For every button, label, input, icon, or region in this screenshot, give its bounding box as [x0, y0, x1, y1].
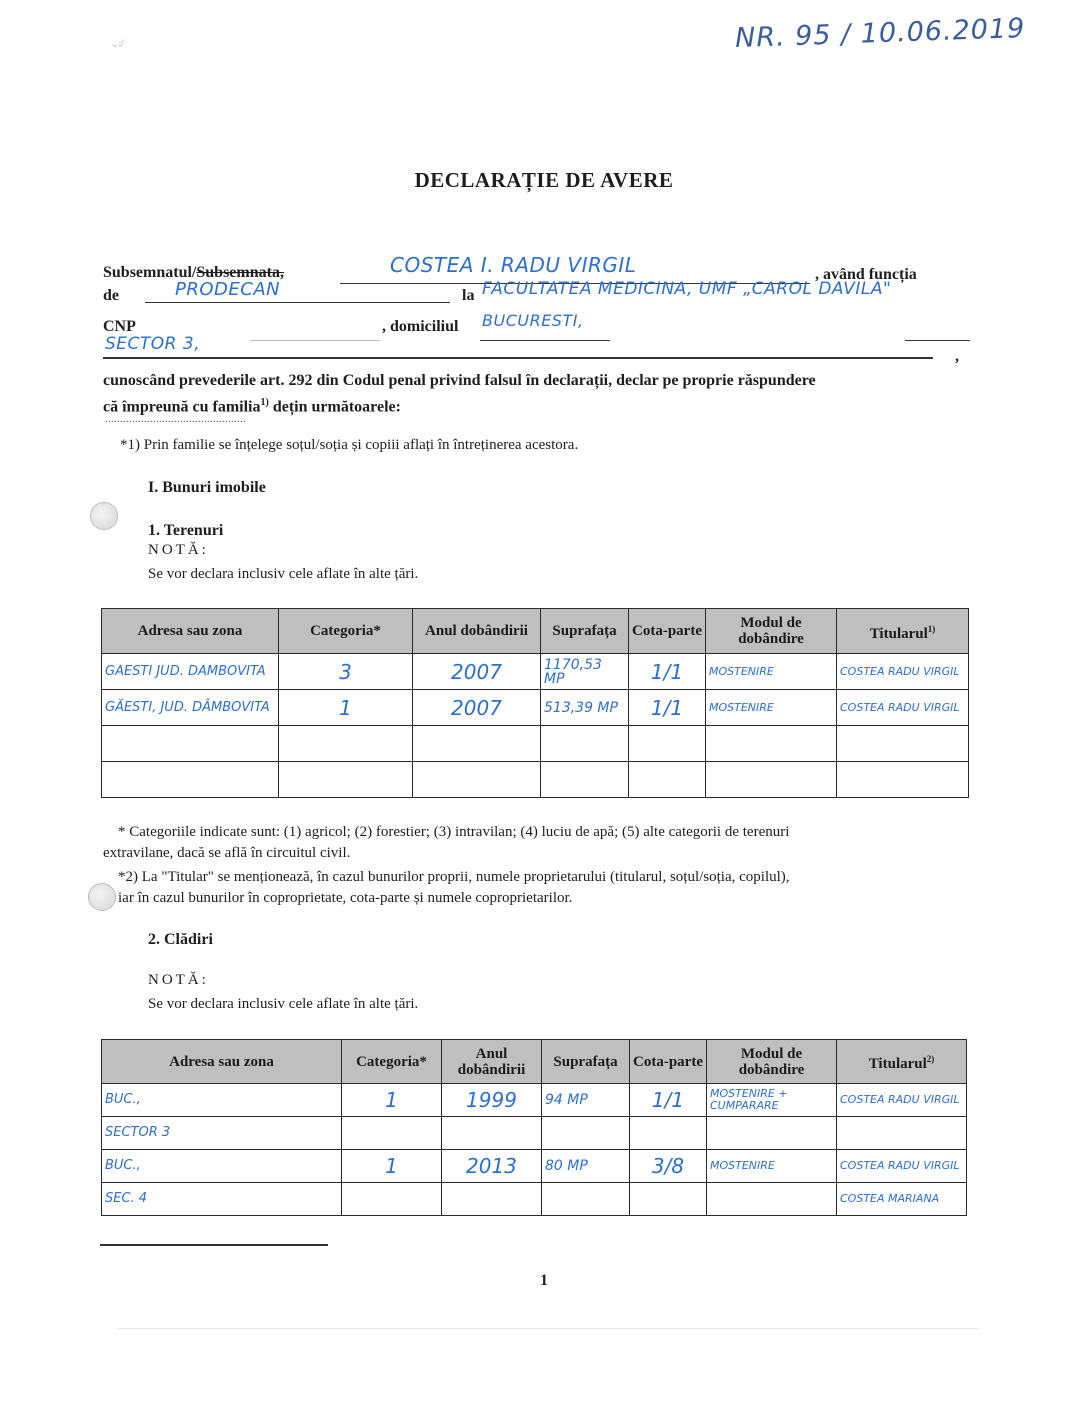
- cell-year[interactable]: 2007: [413, 690, 541, 726]
- titular-footnote-ref: 1): [928, 624, 936, 634]
- domicile-line2-underline: [103, 357, 933, 359]
- terenuri-nota-text: Se vor declara inclusiv cele aflate în a…: [148, 563, 418, 585]
- cell-area[interactable]: [541, 762, 629, 798]
- cell-year[interactable]: [413, 762, 541, 798]
- titular-header-text: Titularul: [869, 1056, 927, 1072]
- cell-area[interactable]: 1170,53 mp: [541, 654, 629, 690]
- cell-category[interactable]: 3: [279, 654, 413, 690]
- document-title: DECLARAȚIE DE AVERE: [0, 168, 1088, 193]
- cladiri-header-row: Adresa sau zona Categoria* Anul dobândir…: [102, 1040, 967, 1084]
- categories-note-line-1: * Categoriile indicate sunt: (1) agricol…: [118, 821, 988, 843]
- terenuri-heading: 1. Terenuri: [148, 522, 223, 540]
- cell-mode[interactable]: [706, 726, 837, 762]
- table-row: GĂESTI, JUD. DÂMBOVITA12007513,39 mp1/1M…: [102, 690, 969, 726]
- cell-area[interactable]: [542, 1117, 630, 1150]
- titular-note-line-2: iar în cazul bunurilor în coproprietate,…: [118, 887, 572, 909]
- cell-owner[interactable]: COSTEA MARIANA: [837, 1183, 967, 1216]
- cell-year[interactable]: 2007: [413, 654, 541, 690]
- cell-year[interactable]: 2013: [442, 1150, 542, 1183]
- cell-address[interactable]: GAESTI JUD. DAMBOVITA: [102, 654, 279, 690]
- domicile-underline-right: [905, 340, 970, 341]
- col-cota: Cota-parte: [630, 1040, 707, 1084]
- cell-area[interactable]: 94 mp: [542, 1084, 630, 1117]
- cell-category[interactable]: [342, 1183, 442, 1216]
- function-field[interactable]: PRODECAN: [175, 279, 280, 300]
- table-row: GAESTI JUD. DAMBOVITA320071170,53 mp1/1M…: [102, 654, 969, 690]
- cell-share[interactable]: 1/1: [629, 690, 706, 726]
- table-row: [102, 762, 969, 798]
- categories-note-line-2: extravilane, dacă se află în circuitul c…: [103, 842, 350, 864]
- punch-hole-2: [88, 883, 116, 911]
- table-row: BUC.,1201380 mp3/8MOSTENIRECOSTEA RADU V…: [102, 1150, 967, 1183]
- col-adresa: Adresa sau zona: [102, 609, 279, 654]
- col-categoria: Categoria*: [279, 609, 413, 654]
- cell-address[interactable]: SEC. 4: [102, 1183, 342, 1216]
- cell-address[interactable]: [102, 762, 279, 798]
- cell-mode[interactable]: [707, 1183, 837, 1216]
- table-row: BUC.,1199994 mp1/1MOSTENIRE + CUMPARAREC…: [102, 1084, 967, 1117]
- cell-owner[interactable]: COSTEA RADU VIRGIL: [837, 1084, 967, 1117]
- institution-field[interactable]: FACULTATEA MEDICINA, UMF „CAROL DAVILA": [482, 279, 891, 299]
- cell-mode[interactable]: [707, 1117, 837, 1150]
- cell-year[interactable]: [413, 726, 541, 762]
- trailing-comma: ,: [955, 348, 959, 366]
- cell-mode[interactable]: MOSTENIRE + CUMPARARE: [707, 1084, 837, 1117]
- cell-category[interactable]: [342, 1117, 442, 1150]
- cell-share[interactable]: 3/8: [630, 1150, 707, 1183]
- cell-address[interactable]: BUC.,: [102, 1150, 342, 1183]
- cell-address[interactable]: GĂESTI, JUD. DÂMBOVITA: [102, 690, 279, 726]
- titular-note-line-1: *2) La "Titular" se menționează, în cazu…: [118, 866, 988, 888]
- cell-category[interactable]: [279, 762, 413, 798]
- cell-share[interactable]: [629, 762, 706, 798]
- cell-category[interactable]: 1: [279, 690, 413, 726]
- registration-number: NR. 95 / 10.06.2019: [735, 13, 1026, 54]
- titular-header-text: Titularul: [870, 626, 928, 642]
- cell-mode[interactable]: MOSTENIRE: [706, 690, 837, 726]
- domicile-underline: [480, 340, 610, 341]
- footnote-1: *1) Prin familie se înțelege soțul/soția…: [120, 434, 578, 456]
- scan-artifact-line: [118, 1328, 978, 1329]
- cell-year[interactable]: [442, 1183, 542, 1216]
- col-titular: Titularul1): [837, 609, 969, 654]
- cell-address[interactable]: SECTOR 3: [102, 1117, 342, 1150]
- cell-year[interactable]: [442, 1117, 542, 1150]
- declaration-line-1: cunoscând prevederile art. 292 din Codul…: [103, 370, 983, 392]
- col-suprafata: Suprafața: [541, 609, 629, 654]
- cell-address[interactable]: BUC.,: [102, 1084, 342, 1117]
- col-titular: Titularul2): [837, 1040, 967, 1084]
- cladiri-nota-text: Se vor declara inclusiv cele aflate în a…: [148, 993, 418, 1015]
- function-underline: [145, 302, 450, 303]
- cell-share[interactable]: 1/1: [629, 654, 706, 690]
- terenuri-nota-label: NOTĂ:: [148, 542, 209, 559]
- cladiri-nota-label: NOTĂ:: [148, 972, 209, 989]
- punch-hole-1: [90, 502, 118, 530]
- cell-owner[interactable]: COSTEA RADU VIRGIL: [837, 690, 969, 726]
- cell-owner[interactable]: [837, 1117, 967, 1150]
- cell-mode[interactable]: [706, 762, 837, 798]
- cell-area[interactable]: [542, 1183, 630, 1216]
- de-label: de: [103, 287, 119, 305]
- terenuri-header-row: Adresa sau zona Categoria* Anul dobândir…: [102, 609, 969, 654]
- scan-marks: ., :/: [112, 38, 124, 48]
- domicile-line2-field[interactable]: SECTOR 3,: [105, 334, 200, 354]
- cell-owner[interactable]: COSTEA RADU VIRGIL: [837, 1150, 967, 1183]
- cell-owner[interactable]: COSTEA RADU VIRGIL: [837, 654, 969, 690]
- cell-area[interactable]: 513,39 mp: [541, 690, 629, 726]
- cell-share[interactable]: [629, 726, 706, 762]
- cell-category[interactable]: 1: [342, 1084, 442, 1117]
- col-modul: Modul de dobândire: [706, 609, 837, 654]
- section-1-heading: I. Bunuri imobile: [148, 479, 266, 497]
- terenuri-table: Adresa sau zona Categoria* Anul dobândir…: [101, 608, 969, 798]
- col-suprafata: Suprafața: [542, 1040, 630, 1084]
- titular-footnote-ref: 2): [927, 1054, 935, 1064]
- cell-share[interactable]: 1/1: [630, 1084, 707, 1117]
- cell-share[interactable]: [630, 1117, 707, 1150]
- col-modul: Modul de dobândire: [707, 1040, 837, 1084]
- col-anul: Anul dobândirii: [413, 609, 541, 654]
- cell-mode[interactable]: MOSTENIRE: [707, 1150, 837, 1183]
- cell-area[interactable]: [541, 726, 629, 762]
- la-label: la: [462, 287, 474, 305]
- col-cota: Cota-parte: [629, 609, 706, 654]
- table-row: [102, 726, 969, 762]
- domicile-city-field[interactable]: BUCURESTI,: [482, 311, 584, 330]
- footnote-ref-1: 1): [260, 397, 268, 408]
- cell-category[interactable]: [279, 726, 413, 762]
- footnote-separator: ........................................…: [105, 414, 246, 425]
- cladiri-table: Adresa sau zona Categoria* Anul dobândir…: [101, 1039, 967, 1216]
- cell-category[interactable]: 1: [342, 1150, 442, 1183]
- cell-address[interactable]: [102, 726, 279, 762]
- cell-area[interactable]: 80 mp: [542, 1150, 630, 1183]
- domiciliul-label: , domiciliul: [382, 318, 458, 336]
- cell-share[interactable]: [630, 1183, 707, 1216]
- cell-year[interactable]: 1999: [442, 1084, 542, 1117]
- cnp-field[interactable]: [250, 340, 380, 341]
- declaration-line-2b: dețin următoarele:: [269, 398, 401, 415]
- cladiri-heading: 2. Clădiri: [148, 931, 213, 949]
- footnote-divider: [100, 1244, 328, 1246]
- cell-owner[interactable]: [837, 762, 969, 798]
- table-row: SECTOR 3: [102, 1117, 967, 1150]
- col-categoria: Categoria*: [342, 1040, 442, 1084]
- declarant-name-field[interactable]: COSTEA I. RADU VIRGIL: [390, 253, 636, 277]
- page-number: 1: [0, 1272, 1088, 1290]
- table-row: SEC. 4COSTEA MARIANA: [102, 1183, 967, 1216]
- col-adresa: Adresa sau zona: [102, 1040, 342, 1084]
- col-anul: Anul dobândirii: [442, 1040, 542, 1084]
- declaration-line-2a: că împreună cu familia: [103, 398, 260, 415]
- cell-mode[interactable]: MOSTENIRE: [706, 654, 837, 690]
- cell-owner[interactable]: [837, 726, 969, 762]
